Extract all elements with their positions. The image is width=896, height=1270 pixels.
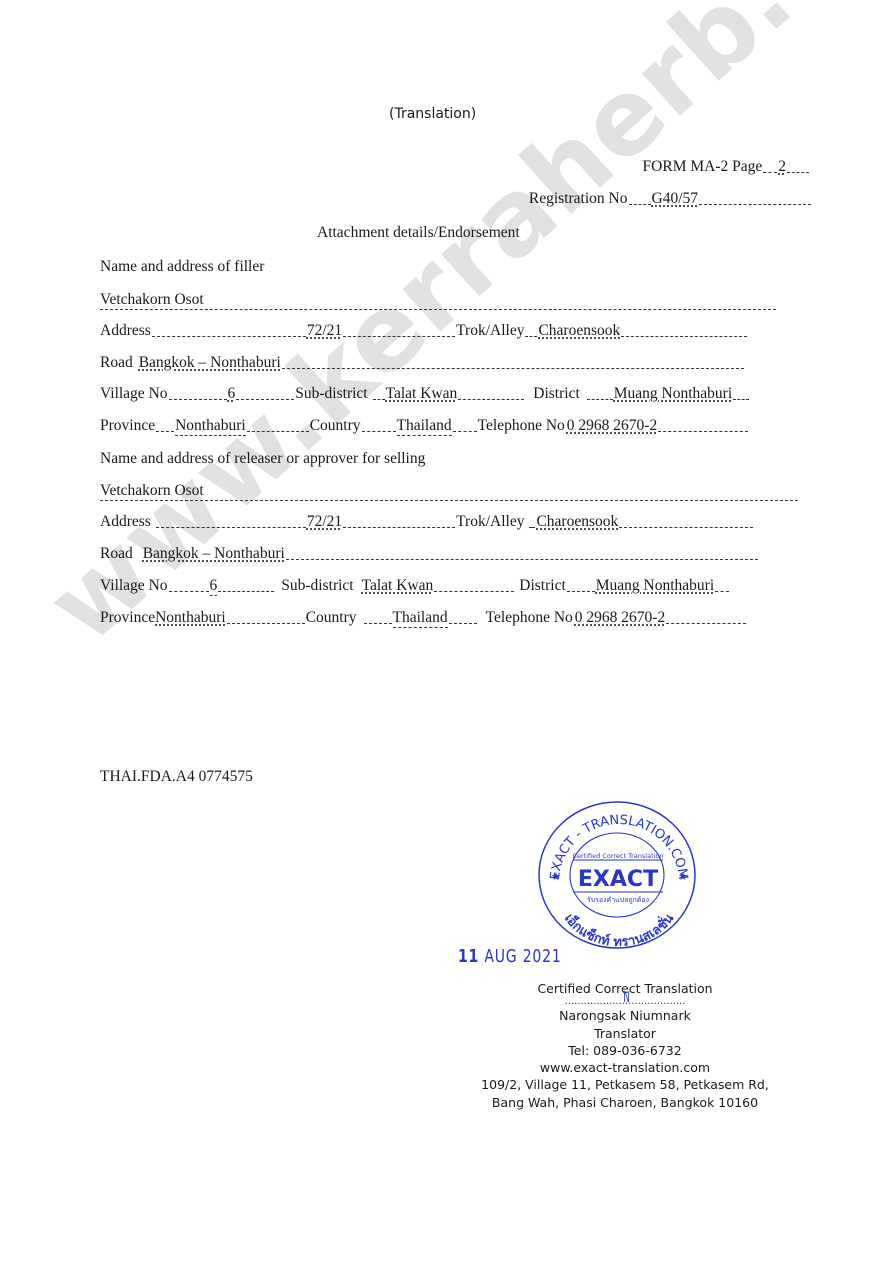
svg-text:EXACT: EXACT xyxy=(578,867,658,892)
dash xyxy=(286,558,758,560)
dash xyxy=(434,590,514,592)
releaser-province-row: ProvinceNonthaburiCountryThailandTelepho… xyxy=(100,609,747,628)
svg-text:★: ★ xyxy=(551,870,561,883)
address-label: Address xyxy=(100,322,151,340)
fda-number: THAI.FDA.A4 0774575 xyxy=(100,768,253,786)
filler-address: 72/21 xyxy=(307,322,342,340)
releaser-village: 6 xyxy=(210,577,218,596)
village-label: Village No xyxy=(100,385,168,403)
svg-text:รับรองคำแปลถูกต้อง: รับรองคำแปลถูกต้อง xyxy=(587,896,649,904)
alley-label: Trok/Alley xyxy=(456,322,524,340)
releaser-name-row: Vetchakorn Osot xyxy=(100,482,798,501)
translator-address-line2: Bang Wah, Phasi Charoen, Bangkok 10160 xyxy=(480,1094,770,1111)
filler-subdistrict: Talat Kwan xyxy=(386,385,458,403)
country-label: Country xyxy=(310,417,361,435)
filler-heading-text: Name and address of filler xyxy=(100,258,264,276)
dash xyxy=(621,335,747,337)
telephone-label: Telephone No xyxy=(486,609,573,627)
translator-address-line1: 109/2, Village 11, Petkasem 58, Petkasem… xyxy=(480,1076,770,1093)
dash xyxy=(458,398,524,400)
filler-heading: Name and address of filler xyxy=(100,258,264,276)
dash xyxy=(658,430,748,432)
filler-road-row: RoadBangkok – Nonthaburi xyxy=(100,354,745,372)
road-label: Road xyxy=(100,354,133,372)
releaser-province: Nonthaburi xyxy=(155,609,226,627)
filler-alley: Charoensook xyxy=(538,322,620,340)
dash xyxy=(152,335,306,337)
releaser-address: 72/21 xyxy=(307,513,342,531)
dash xyxy=(169,590,209,592)
dash xyxy=(787,171,809,173)
releaser-village-row: Village No6Sub-districtTalat KwanDistric… xyxy=(100,577,730,596)
signature-mark: N xyxy=(623,988,630,1006)
dash xyxy=(525,335,537,337)
filler-road: Bangkok – Nonthaburi xyxy=(139,354,281,372)
releaser-address-row: Address72/21Trok/AlleyCharoensook xyxy=(100,513,754,531)
dash xyxy=(227,622,305,624)
dash xyxy=(619,526,753,528)
releaser-subdistrict: Talat Kwan xyxy=(362,577,434,595)
village-label: Village No xyxy=(100,577,168,595)
releaser-district: Muang Nonthaburi xyxy=(596,577,714,595)
filler-address-row: Address72/21Trok/AlleyCharoensook xyxy=(100,322,748,340)
filler-name-row: Vetchakorn Osot xyxy=(100,291,776,310)
svg-text:Certified Correct Translation: Certified Correct Translation xyxy=(572,852,663,860)
dash xyxy=(666,622,746,624)
dash xyxy=(453,430,477,432)
province-label: Province xyxy=(100,609,155,627)
filler-country: Thailand xyxy=(397,417,452,436)
certification-stamp: EXACT - TRANSLATION.COM Certified Correc… xyxy=(537,800,697,950)
form-label: FORM MA-2 Page xyxy=(643,158,763,175)
dash xyxy=(282,367,744,369)
registration-label: Registration No xyxy=(529,190,628,207)
translator-tel: Tel: 089-036-6732 xyxy=(480,1042,770,1059)
alley-label: Trok/Alley xyxy=(456,513,524,531)
stamp-date: 11 AUG 2021 xyxy=(458,946,562,967)
dash xyxy=(715,590,729,592)
filler-province: Nonthaburi xyxy=(175,417,246,436)
road-label: Road xyxy=(100,545,133,563)
releaser-telephone: 0 2968 2670-2 xyxy=(575,609,665,627)
dash xyxy=(373,398,385,400)
dash xyxy=(733,398,749,400)
province-label: Province xyxy=(100,417,155,435)
dash xyxy=(364,622,392,624)
registration-number: Registration NoG40/57 xyxy=(529,190,812,208)
svg-text:★: ★ xyxy=(678,870,688,883)
releaser-heading-text: Name and address of releaser or approver… xyxy=(100,450,425,468)
subdistrict-label: Sub-district xyxy=(281,577,353,595)
releaser-road-row: RoadBangkok – Nonthaburi xyxy=(100,545,759,563)
dash xyxy=(343,526,455,528)
subdistrict-label: Sub-district xyxy=(295,385,367,403)
address-label: Address xyxy=(100,513,151,531)
form-page-label: FORM MA-2 Page2 xyxy=(643,158,810,176)
dash xyxy=(629,203,651,205)
country-label: Country xyxy=(306,609,357,627)
section-title: Attachment details/Endorsement xyxy=(317,224,520,242)
releaser-country: Thailand xyxy=(393,609,448,628)
filler-telephone: 0 2968 2670-2 xyxy=(567,417,657,435)
stamp-date-rest: AUG 2021 xyxy=(484,946,561,967)
translator-role: Translator xyxy=(480,1025,770,1042)
filler-district: Muang Nonthaburi xyxy=(614,385,732,403)
translation-tag: (Translation) xyxy=(389,106,476,122)
dash xyxy=(763,171,777,173)
dash xyxy=(362,430,396,432)
dash xyxy=(567,590,595,592)
dash xyxy=(343,335,455,337)
dash xyxy=(529,526,535,528)
releaser-heading: Name and address of releaser or approver… xyxy=(100,450,425,468)
dash xyxy=(699,203,811,205)
translator-name: Narongsak Niumnark xyxy=(480,1007,770,1024)
stamp-date-day: 11 xyxy=(458,946,479,967)
releaser-name: Vetchakorn Osot xyxy=(100,482,798,501)
telephone-label: Telephone No xyxy=(478,417,565,435)
releaser-road: Bangkok – Nonthaburi xyxy=(143,545,285,563)
district-label: District xyxy=(533,385,580,403)
page-number: 2 xyxy=(778,158,786,175)
dash xyxy=(169,398,227,400)
releaser-alley: Charoensook xyxy=(536,513,618,531)
dash xyxy=(236,398,294,400)
filler-name: Vetchakorn Osot xyxy=(100,291,776,310)
filler-village: 6 xyxy=(228,385,236,403)
dash xyxy=(247,430,309,432)
filler-village-row: Village No6Sub-districtTalat KwanDistric… xyxy=(100,385,750,403)
dash xyxy=(218,590,274,592)
dash xyxy=(156,526,306,528)
registration-value: G40/57 xyxy=(652,190,699,207)
dash xyxy=(587,398,613,400)
translator-website: www.exact-translation.com xyxy=(480,1059,770,1076)
dash xyxy=(449,622,477,624)
district-label: District xyxy=(519,577,566,595)
dash xyxy=(156,430,174,432)
filler-province-row: ProvinceNonthaburiCountryThailandTelepho… xyxy=(100,417,749,436)
